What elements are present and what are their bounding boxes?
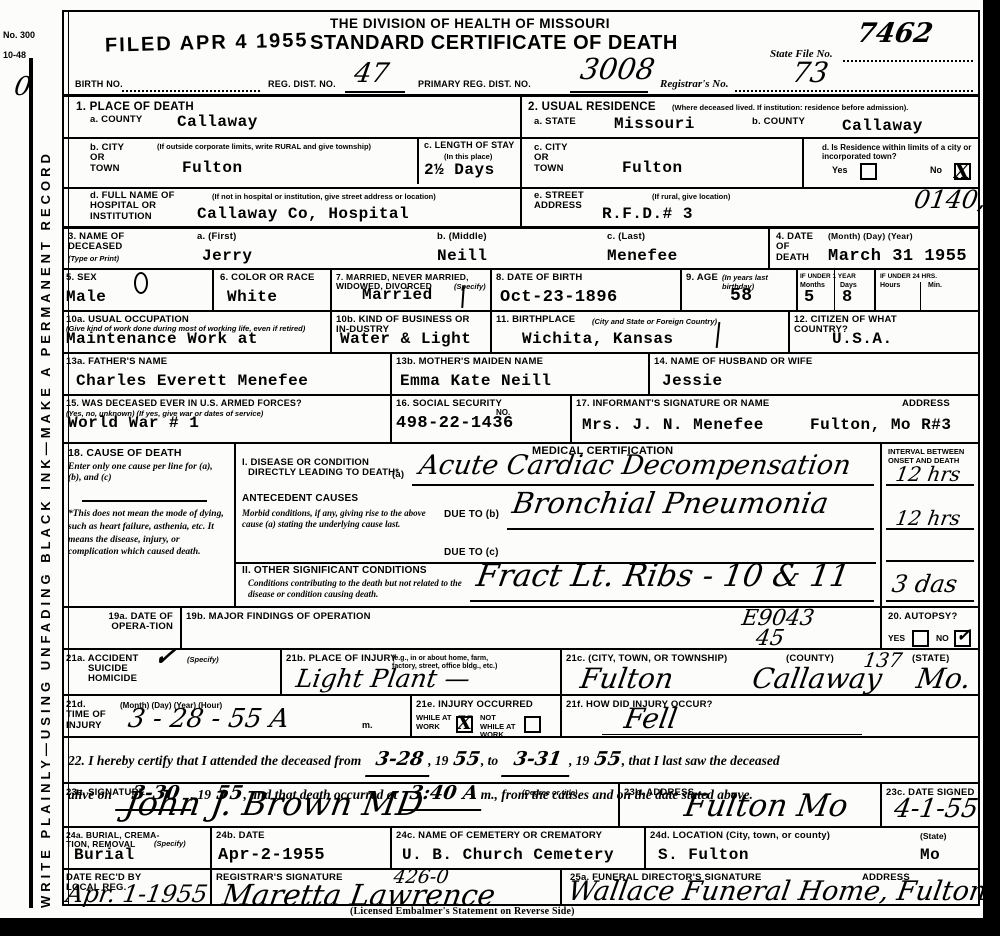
birthplace-cell-border	[490, 312, 492, 352]
county-of-death-value: Callaway	[177, 113, 258, 131]
while-at-work-label: WHILE AT WORK	[416, 714, 454, 731]
date-of-death-label: 4. DATE OF DEATH	[776, 232, 816, 263]
location-cell-border	[644, 828, 646, 868]
autopsy-yes-checkbox[interactable]	[912, 630, 929, 647]
street-address-label: e. STREET ADDRESS	[534, 191, 584, 212]
date-received-value: Apr. 1-1955	[64, 880, 210, 908]
scan-edge-bottom	[0, 918, 1000, 936]
under24-cell-border	[874, 270, 876, 310]
antecedent-label: ANTECEDENT CAUSES	[242, 494, 358, 505]
ssn-label: 16. SOCIAL SECURITY	[396, 399, 502, 409]
certify-year2: 55	[589, 743, 627, 775]
street-address-value: R.F.D.# 3	[602, 205, 693, 223]
residence-state-label: a. STATE	[534, 117, 576, 127]
margin-rule	[29, 58, 33, 908]
physician-signature-value: John J. Brown MD	[122, 784, 426, 823]
usual-residence-title: 2. USUAL RESIDENCE	[528, 101, 656, 113]
time-of-injury-value: 3 - 28 - 55 A	[126, 704, 291, 734]
sub-divider-1d	[62, 187, 520, 189]
spouse-label: 14. NAME OF HUSBAND OR WIFE	[654, 357, 812, 367]
residence-limits-yes-label: Yes	[832, 165, 848, 175]
scan-edge-right	[983, 0, 1000, 920]
months-value: 5	[804, 288, 815, 307]
certify-year1: 55	[448, 743, 486, 775]
residence-county-label: b. COUNTY	[752, 117, 805, 127]
row-personal: 5. SEX Male 6. COLOR OR RACE White 7. MA…	[62, 268, 980, 310]
margin-instruction-text: WRITE PLAINLY—USING UNFADING BLACK INK—M…	[38, 108, 53, 908]
disease-label-line2: DIRECTLY LEADING TO DEATH*	[248, 468, 399, 478]
cause-b-value: Bronchial Pneumonia	[510, 486, 831, 520]
burial-date-label: 24b. DATE	[216, 831, 265, 841]
reg-dist-number: 47	[352, 58, 391, 89]
type-or-print-note: (Type or Print)	[68, 255, 119, 264]
cause-note-divider	[82, 500, 207, 502]
residence-limits-no-mark: X	[954, 159, 970, 183]
disease-a-prefix: (a)	[392, 470, 404, 480]
usual-residence-note: (Where deceased lived. If institution: r…	[672, 104, 1000, 113]
residence-city-value: Fulton	[622, 159, 683, 177]
date-of-death-value: March 31 1955	[828, 247, 967, 266]
residence-limits-no-label: No	[930, 165, 942, 175]
row-name-dod: 3. NAME OF DECEASED (Type or Print) a. (…	[62, 226, 980, 268]
pen-stroke-marital	[461, 286, 465, 308]
autopsy-label: 20. AUTOPSY?	[888, 612, 957, 622]
row-operation-autopsy: 19a. DATE OF OPERA-TION 19b. MAJOR FINDI…	[62, 606, 980, 648]
registrar-number: 73	[790, 56, 831, 89]
injury-occurred-cell-border	[410, 696, 412, 736]
race-label: 6. COLOR OR RACE	[220, 273, 315, 283]
marital-note: (Specify)	[454, 283, 486, 292]
city-of-death-label: b. CITY OR TOWN	[90, 143, 130, 174]
findings-cell-border	[180, 608, 182, 648]
cause-b-line	[507, 528, 874, 530]
interval-b-value: 12 hrs	[894, 506, 962, 530]
birth-no-line	[122, 90, 260, 92]
first-name-value: Jerry	[202, 247, 253, 265]
time-of-injury-suffix: m.	[362, 720, 373, 730]
informant-address-value: Fulton, Mo R#3	[810, 416, 951, 434]
major-findings-label: 19b. MAJOR FINDINGS OF OPERATION	[186, 612, 371, 622]
under24-label: IF UNDER 24 HRS.	[880, 273, 970, 280]
death-certificate-page: No. 300 10-48 0 WRITE PLAINLY—USING UNFA…	[0, 0, 1000, 936]
informant-cell-border	[570, 396, 572, 442]
date-signed-value: 4-1-55	[892, 794, 981, 824]
informant-address-label: ADDRESS	[902, 399, 950, 409]
reg-dist-label: REG. DIST. NO.	[268, 80, 336, 90]
age-value: 58	[730, 286, 753, 306]
street-handwritten-code: 0140,	[912, 185, 988, 214]
cemetery-value: U. B. Church Cemetery	[402, 846, 614, 864]
days-value: 8	[842, 288, 853, 307]
birthplace-label: 11. BIRTHPLACE	[496, 315, 575, 325]
date-of-operation-label: 19a. DATE OF OPERA-TION	[68, 612, 173, 633]
mother-value: Emma Kate Neill	[400, 372, 552, 390]
injury-state-value: Mo.	[914, 662, 973, 695]
father-value: Charles Everett Menefee	[76, 372, 308, 390]
antecedent-note: Morbid conditions, if any, giving rise t…	[242, 508, 437, 531]
primary-reg-number: 3008	[578, 52, 657, 86]
last-name-label: c. (Last)	[607, 232, 645, 242]
row-registrar: DATE REC'D BY LOCAL REG. Apr. 1-1955 REG…	[62, 868, 980, 906]
homicide-label: HOMICIDE	[88, 674, 137, 684]
cause-note-2: *This does not mean the mode of dying, s…	[68, 508, 226, 559]
marital-cell-border	[330, 270, 332, 310]
cemetery-cell-border	[390, 828, 392, 868]
birth-no-label: BIRTH NO.	[75, 80, 123, 90]
residence-limits-no-checkbox[interactable]: X	[954, 163, 971, 180]
length-of-stay-cell-border	[417, 137, 419, 184]
race-value: White	[227, 288, 278, 306]
registrar-no-label: Registrar's No.	[660, 78, 728, 90]
marital-value: Married	[362, 286, 433, 304]
other-conditions-label: II. OTHER SIGNIFICANT CONDITIONS	[242, 566, 427, 577]
reg-dist-line	[345, 91, 405, 93]
citizen-cell-border	[788, 312, 790, 352]
under1-label: IF UNDER 1 YEAR	[800, 273, 856, 280]
certify-from-date: 3-28	[365, 743, 434, 777]
residence-county-value: Callaway	[842, 117, 923, 135]
while-at-work-checkbox[interactable]: X	[456, 716, 473, 733]
physician-address-cell-border	[618, 784, 620, 826]
burial-date-value: Apr-2-1955	[218, 846, 325, 865]
autopsy-no-label: NO	[936, 634, 949, 644]
middle-name-value: Neill	[437, 247, 488, 265]
interval-a-line	[886, 484, 974, 486]
sex-value: Male	[66, 288, 106, 306]
place-of-injury-label: 21b. PLACE OF INJURY	[286, 654, 397, 664]
certification-cell-border	[234, 444, 236, 606]
informant-name-value: Mrs. J. N. Menefee	[582, 416, 764, 434]
hours-min-divider	[920, 282, 921, 310]
row-occupation: 10a. USUAL OCCUPATION (Give kind of work…	[62, 310, 980, 352]
sex-label: 5. SEX	[66, 273, 97, 283]
autopsy-yes-label: YES	[888, 634, 905, 644]
armed-forces-value: World War # 1	[68, 414, 199, 432]
physician-address-label: 23b. ADDRESS	[624, 788, 694, 798]
cemetery-label: 24c. NAME OF CEMETERY OR CREMATORY	[396, 831, 602, 841]
burial-note: (Specify)	[154, 840, 186, 849]
date-of-death-columns: (Month) (Day) (Year)	[828, 232, 913, 241]
occupation-value: Maintenance Work at	[66, 330, 258, 348]
registrar-no-line	[735, 90, 973, 92]
other-conditions-note: Conditions contributing to the death but…	[248, 578, 478, 601]
interval-cell-border	[880, 444, 882, 606]
sub-divider-2c	[522, 137, 980, 139]
city-of-death-value: Fulton	[182, 159, 243, 177]
injury-county-code: 137	[862, 648, 904, 672]
residence-state-value: Missouri	[614, 115, 695, 133]
location-state-value: Mo	[920, 846, 940, 864]
hospital-note: (If not in hospital or institution, give…	[212, 193, 512, 202]
certify-to-date: 3-31	[501, 743, 574, 777]
primary-reg-label: PRIMARY REG. DIST. NO.	[418, 80, 531, 90]
row-place-residence: 1. PLACE OF DEATH a. COUNTY Callaway b. …	[62, 94, 980, 226]
certify-t5: , that I last saw the deceased	[622, 753, 780, 768]
date-signed-cell-border	[880, 784, 882, 826]
hospital-value: Callaway Co, Hospital	[197, 205, 409, 223]
under1-cell-border	[796, 270, 798, 310]
cause-note-1: Enter only one cause per line for (a), (…	[68, 462, 223, 485]
age-cell-border	[680, 270, 682, 310]
burial-date-cell-border	[210, 828, 212, 868]
business-cell-border	[330, 312, 332, 352]
residence-city-label: c. CITY OR TOWN	[534, 143, 574, 174]
name-of-deceased-label: 3. NAME OF DECEASED	[68, 232, 148, 253]
time-of-injury-label: 21d. TIME OF INJURY	[66, 700, 111, 731]
race-cell-border	[212, 270, 214, 310]
business-value: Water & Light	[340, 330, 471, 348]
how-injury-cell-border	[560, 696, 562, 736]
registrar-sig-cell-border	[210, 870, 212, 906]
cause-a-value: Acute Cardiac Decompensation	[417, 450, 853, 481]
row-medical-certification: 18. CAUSE OF DEATH Enter only one cause …	[62, 442, 980, 606]
residence-limits-yes-checkbox[interactable]	[860, 163, 877, 180]
form-revision: 10-48	[3, 50, 26, 60]
date-of-death-cell: 4. DATE OF DEATH (Month) (Day) (Year) Ma…	[768, 229, 980, 268]
usual-residence-cell: 2. USUAL RESIDENCE (Where deceased lived…	[520, 97, 980, 226]
min-label: Min.	[928, 282, 942, 290]
pen-stroke-sex	[134, 272, 148, 294]
row-injury-bottom: 21d. TIME OF INJURY (Month) (Day) (Year)…	[62, 694, 980, 736]
mother-label: 13b. MOTHER'S MAIDEN NAME	[396, 357, 543, 367]
row-physician-signature: 23a. SIGNATURE (Degree or title) John J.…	[62, 782, 980, 826]
other-conditions-line	[470, 600, 874, 602]
interval-a-value: 12 hrs	[894, 462, 962, 486]
interval-b-line	[886, 528, 974, 530]
how-injury-value: Fell	[622, 702, 680, 735]
interval-other-value: 3 das	[890, 570, 959, 598]
director-cell-border	[560, 870, 562, 906]
days-cell-border	[834, 270, 835, 310]
autopsy-no-mark: ✓	[956, 625, 971, 646]
accident-checkmark: ✓	[152, 642, 179, 672]
cause-of-death-label: 18. CAUSE OF DEATH	[68, 448, 182, 459]
injury-occurred-label: 21e. INJURY OCCURRED	[416, 700, 533, 710]
birthplace-note: (City and State or Foreign Country)	[592, 318, 717, 327]
autopsy-cell-border	[880, 608, 882, 648]
dob-cell-border	[490, 270, 492, 310]
armed-forces-label: 15. WAS DECEASED EVER IN U.S. ARMED FORC…	[66, 399, 302, 409]
mother-cell-border	[390, 354, 392, 394]
county-of-death-label: a. COUNTY	[90, 115, 142, 125]
spouse-cell-border	[648, 354, 650, 394]
row-burial: 24a. BURIAL, CREMA-TION, REMOVAL (Specif…	[62, 826, 980, 868]
interval-other-line	[886, 600, 974, 602]
other-conditions-value: Fract Lt. Ribs - 10 & 11	[474, 558, 852, 594]
place-of-death-title: 1. PLACE OF DEATH	[76, 101, 194, 113]
hours-label: Hours	[880, 282, 900, 290]
primary-reg-line	[570, 91, 648, 93]
state-file-number: 7462	[855, 18, 935, 49]
autopsy-no-checkbox[interactable]: ✓	[954, 630, 971, 647]
ssn-cell-border	[390, 396, 392, 442]
middle-name-label: b. (Middle)	[437, 232, 487, 242]
last-name-value: Menefee	[607, 247, 678, 265]
city-of-death-note: (If outside corporate limits, write RURA…	[157, 143, 377, 152]
injury-city-cell-border	[560, 650, 562, 694]
length-of-stay-value: 2½ Days	[424, 161, 495, 179]
due-to-b-prefix: DUE TO (b)	[444, 510, 499, 521]
physician-address-value: Fulton Mo	[682, 788, 850, 824]
place-of-injury-value: Light Plant —	[294, 664, 472, 693]
certify-t1: 22. I hereby certify that I attended the…	[68, 753, 361, 768]
place-of-injury-cell-border	[280, 650, 282, 694]
while-at-work-mark: X	[457, 712, 472, 734]
street-address-note: (If rural, give location)	[652, 193, 730, 202]
dob-label: 8. DATE OF BIRTH	[496, 273, 582, 283]
row-service-informant: 15. WAS DECEASED EVER IN U.S. ARMED FORC…	[62, 394, 980, 442]
row-parents: 13a. FATHER'S NAME Charles Everett Menef…	[62, 352, 980, 394]
embalmer-footer-note: (Licensed Embalmer's Statement on Revers…	[350, 907, 575, 918]
father-label: 13a. FATHER'S NAME	[66, 357, 167, 367]
injury-city-value: Fulton	[578, 662, 676, 695]
certify-t4: , 19	[569, 753, 589, 768]
informant-label: 17. INFORMANT'S SIGNATURE OR NAME	[576, 399, 769, 409]
location-label: 24d. LOCATION (City, town, or county)	[650, 831, 830, 841]
interval-c-line	[886, 560, 974, 562]
length-of-stay-label: c. LENGTH OF STAY	[424, 141, 514, 151]
division-header: THE DIVISION OF HEALTH OF MISSOURI	[330, 17, 610, 32]
residence-limits-border	[802, 137, 804, 187]
ssn-value: 498-22-1436	[396, 414, 514, 433]
spouse-value: Jessie	[662, 372, 723, 390]
sub-divider-2e	[522, 187, 980, 189]
row-injury-top: 21a. ACCIDENT ✓ (Specify) SUICIDE HOMICI…	[62, 648, 980, 694]
state-file-ruled-line	[843, 60, 973, 62]
funeral-director-value: Wallace Funeral Home, Fulton Mo	[566, 876, 1000, 907]
form-number: No. 300	[3, 30, 35, 40]
first-name-label: a. (First)	[197, 232, 236, 242]
birthplace-value: Wichita, Kansas	[522, 330, 674, 348]
sub-divider-1b	[62, 137, 520, 139]
citizen-value: U.S.A.	[832, 330, 893, 348]
degree-title-note: (Degree or title)	[522, 789, 577, 798]
location-value: S. Fulton	[658, 846, 749, 864]
age-label: 9. AGE	[686, 273, 718, 283]
location-state-label: (State)	[920, 832, 946, 842]
accident-specify-note: (Specify)	[187, 656, 219, 665]
row-certify-statement: 22. I hereby certify that I attended the…	[62, 736, 980, 782]
how-injury-line	[602, 734, 862, 735]
dob-value: Oct-23-1896	[500, 288, 618, 307]
not-while-at-work-checkbox[interactable]	[524, 716, 541, 733]
burial-value: Burial	[74, 846, 135, 864]
hospital-label: d. FULL NAME OF HOSPITAL OR INSTITUTION	[90, 191, 210, 222]
